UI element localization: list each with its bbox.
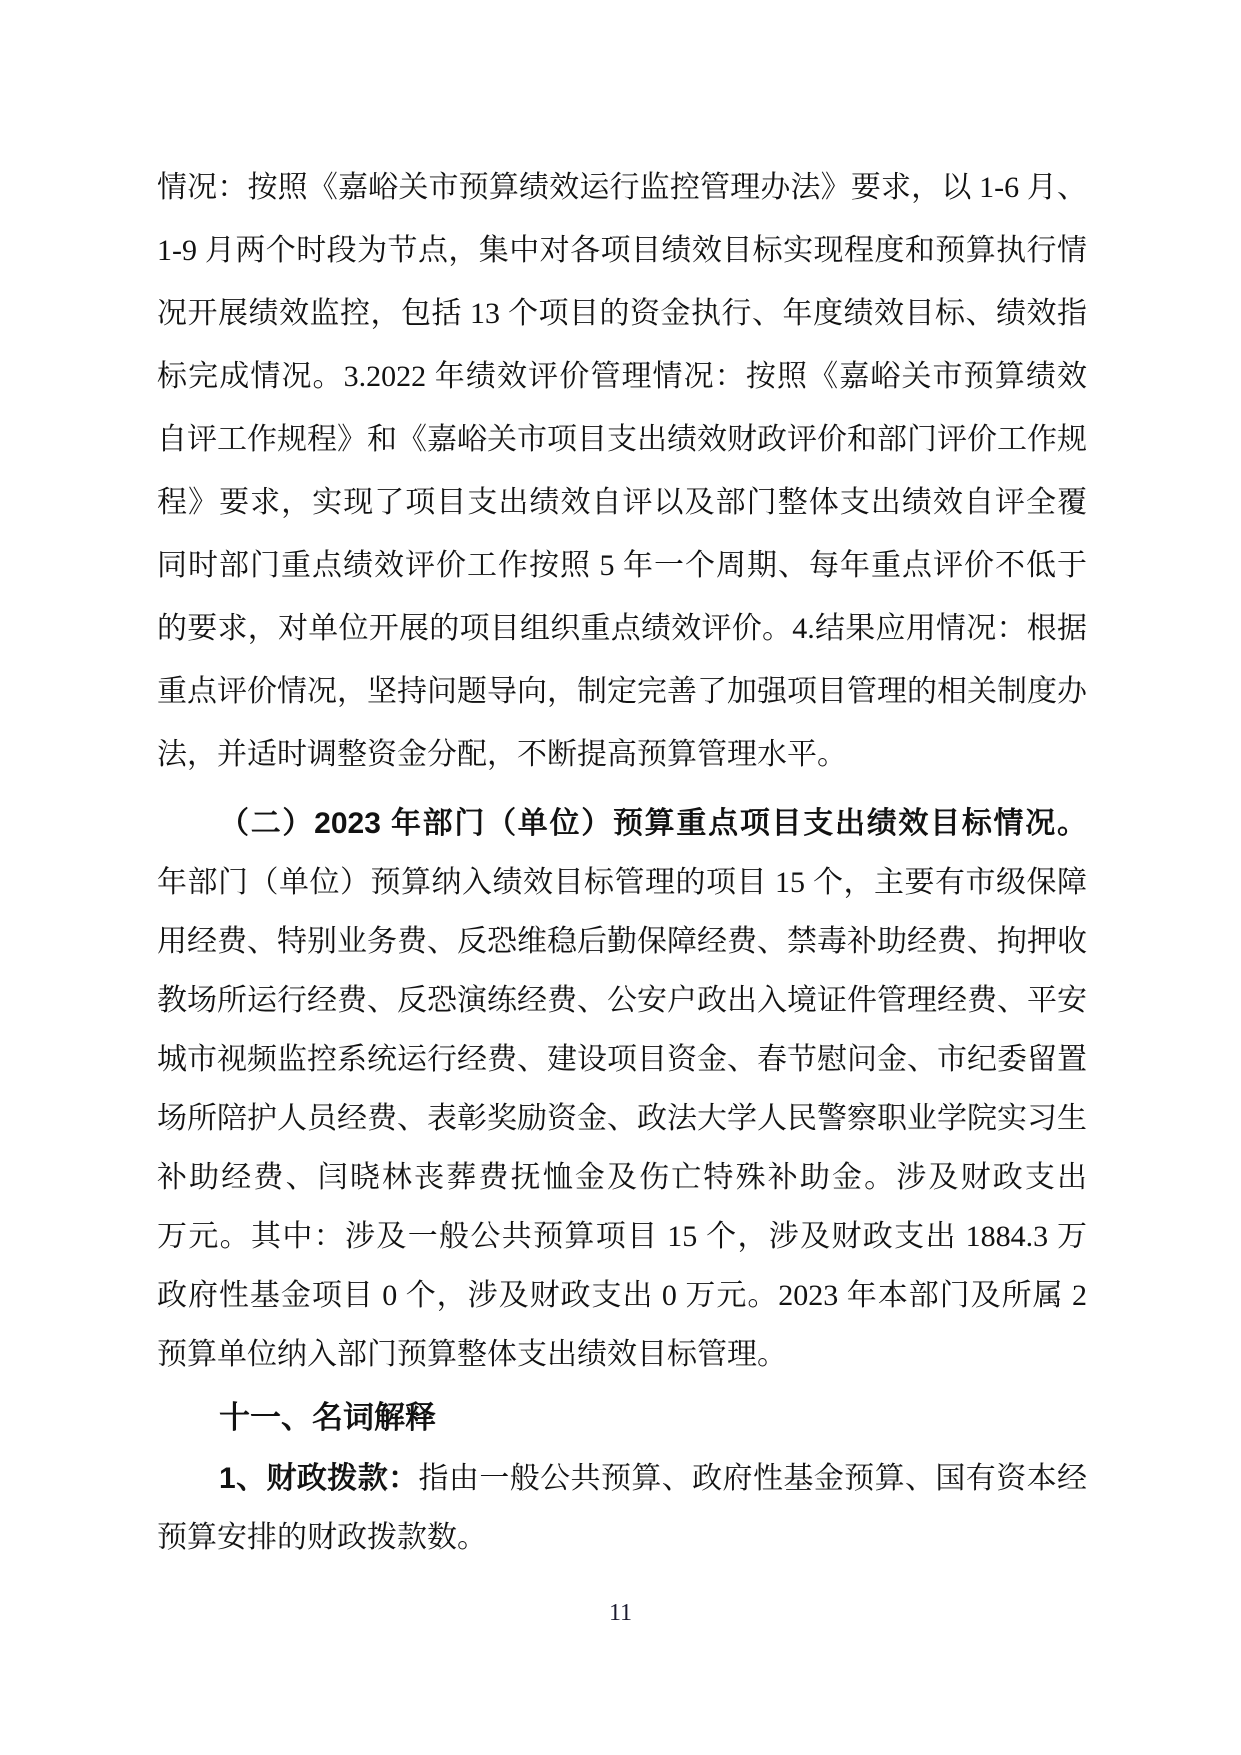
paragraph-2: （二）2023 年部门（单位）预算重点项目支出绩效目标情况。2023 年部门（单… [157, 794, 1087, 1384]
para2-bold-heading: （二）2023 年部门（单位）预算重点项目支出绩效目标情况。 [219, 807, 1087, 840]
para3-lead-line: 1、财政拨款：指由一般公共预算、政府性基金预算、国有资本经营 [157, 1449, 1087, 1508]
para2-line: 政府性基金项目 0 个，涉及财政支出 0 万元。2023 年本部门及所属 2 个 [157, 1266, 1087, 1325]
para3-bold-term: 1、财政拨款： [219, 1462, 419, 1495]
paragraph-1: 情况：按照《嘉峪关市预算绩效运行监控管理办法》要求，以 1-6 月、 1-9 月… [157, 156, 1087, 786]
para1-line: 程》要求，实现了项目支出绩效自评以及部门整体支出绩效自评全覆盖， [157, 471, 1087, 534]
para2-line: 预算单位纳入部门预算整体支出绩效目标管理。 [157, 1325, 1087, 1384]
para2-lead-line: （二）2023 年部门（单位）预算重点项目支出绩效目标情况。2023 [157, 794, 1087, 853]
para2-line: 教场所运行经费、反恐演练经费、公安户政出入境证件管理经费、平安 [157, 971, 1087, 1030]
para1-line: 法，并适时调整资金分配，不断提高预算管理水平。 [157, 723, 1087, 786]
document-page: 情况：按照《嘉峪关市预算绩效运行监控管理办法》要求，以 1-6 月、 1-9 月… [0, 0, 1241, 1755]
para1-line: 同时部门重点绩效评价工作按照 5 年一个周期、每年重点评价不低于 20% [157, 534, 1087, 597]
para1-line: 重点评价情况，坚持问题导向，制定完善了加强项目管理的相关制度办 [157, 660, 1087, 723]
para1-line: 标完成情况。3.2022 年绩效评价管理情况：按照《嘉峪关市预算绩效 [157, 345, 1087, 408]
section-heading: 十一、名词解释 [157, 1389, 1087, 1447]
para2-line: 万元。其中：涉及一般公共预算项目 15 个，涉及财政支出 1884.3 万元， [157, 1207, 1087, 1266]
para1-line: 的要求，对单位开展的项目组织重点绩效评价。4.结果应用情况：根据 [157, 597, 1087, 660]
para2-line: 场所陪护人员经费、表彰奖励资金、政法大学人民警察职业学院实习生 [157, 1089, 1087, 1148]
para1-line: 1-9 月两个时段为节点，集中对各项目绩效目标实现程度和预算执行情 [157, 219, 1087, 282]
para2-line: 用经费、特别业务费、反恐维稳后勤保障经费、禁毒补助经费、拘押收 [157, 912, 1087, 971]
para3-line: 预算安排的财政拨款数。 [157, 1508, 1087, 1567]
para1-line: 情况：按照《嘉峪关市预算绩效运行监控管理办法》要求，以 1-6 月、 [157, 156, 1087, 219]
para1-line: 自评工作规程》和《嘉峪关市项目支出绩效财政评价和部门评价工作规 [157, 408, 1087, 471]
page-number: 11 [0, 1598, 1241, 1628]
para2-line: 年部门（单位）预算纳入绩效目标管理的项目 15 个，主要有市级保障公 [157, 853, 1087, 912]
para1-line: 况开展绩效监控，包括 13 个项目的资金执行、年度绩效目标、绩效指 [157, 282, 1087, 345]
paragraph-3: 1、财政拨款：指由一般公共预算、政府性基金预算、国有资本经营 预算安排的财政拨款… [157, 1449, 1087, 1567]
para2-line: 补助经费、闫晓林丧葬费抚恤金及伤亡特殊补助金。涉及财政支出 1884.3 [157, 1148, 1087, 1207]
para2-line: 城市视频监控系统运行经费、建设项目资金、春节慰问金、市纪委留置 [157, 1030, 1087, 1089]
